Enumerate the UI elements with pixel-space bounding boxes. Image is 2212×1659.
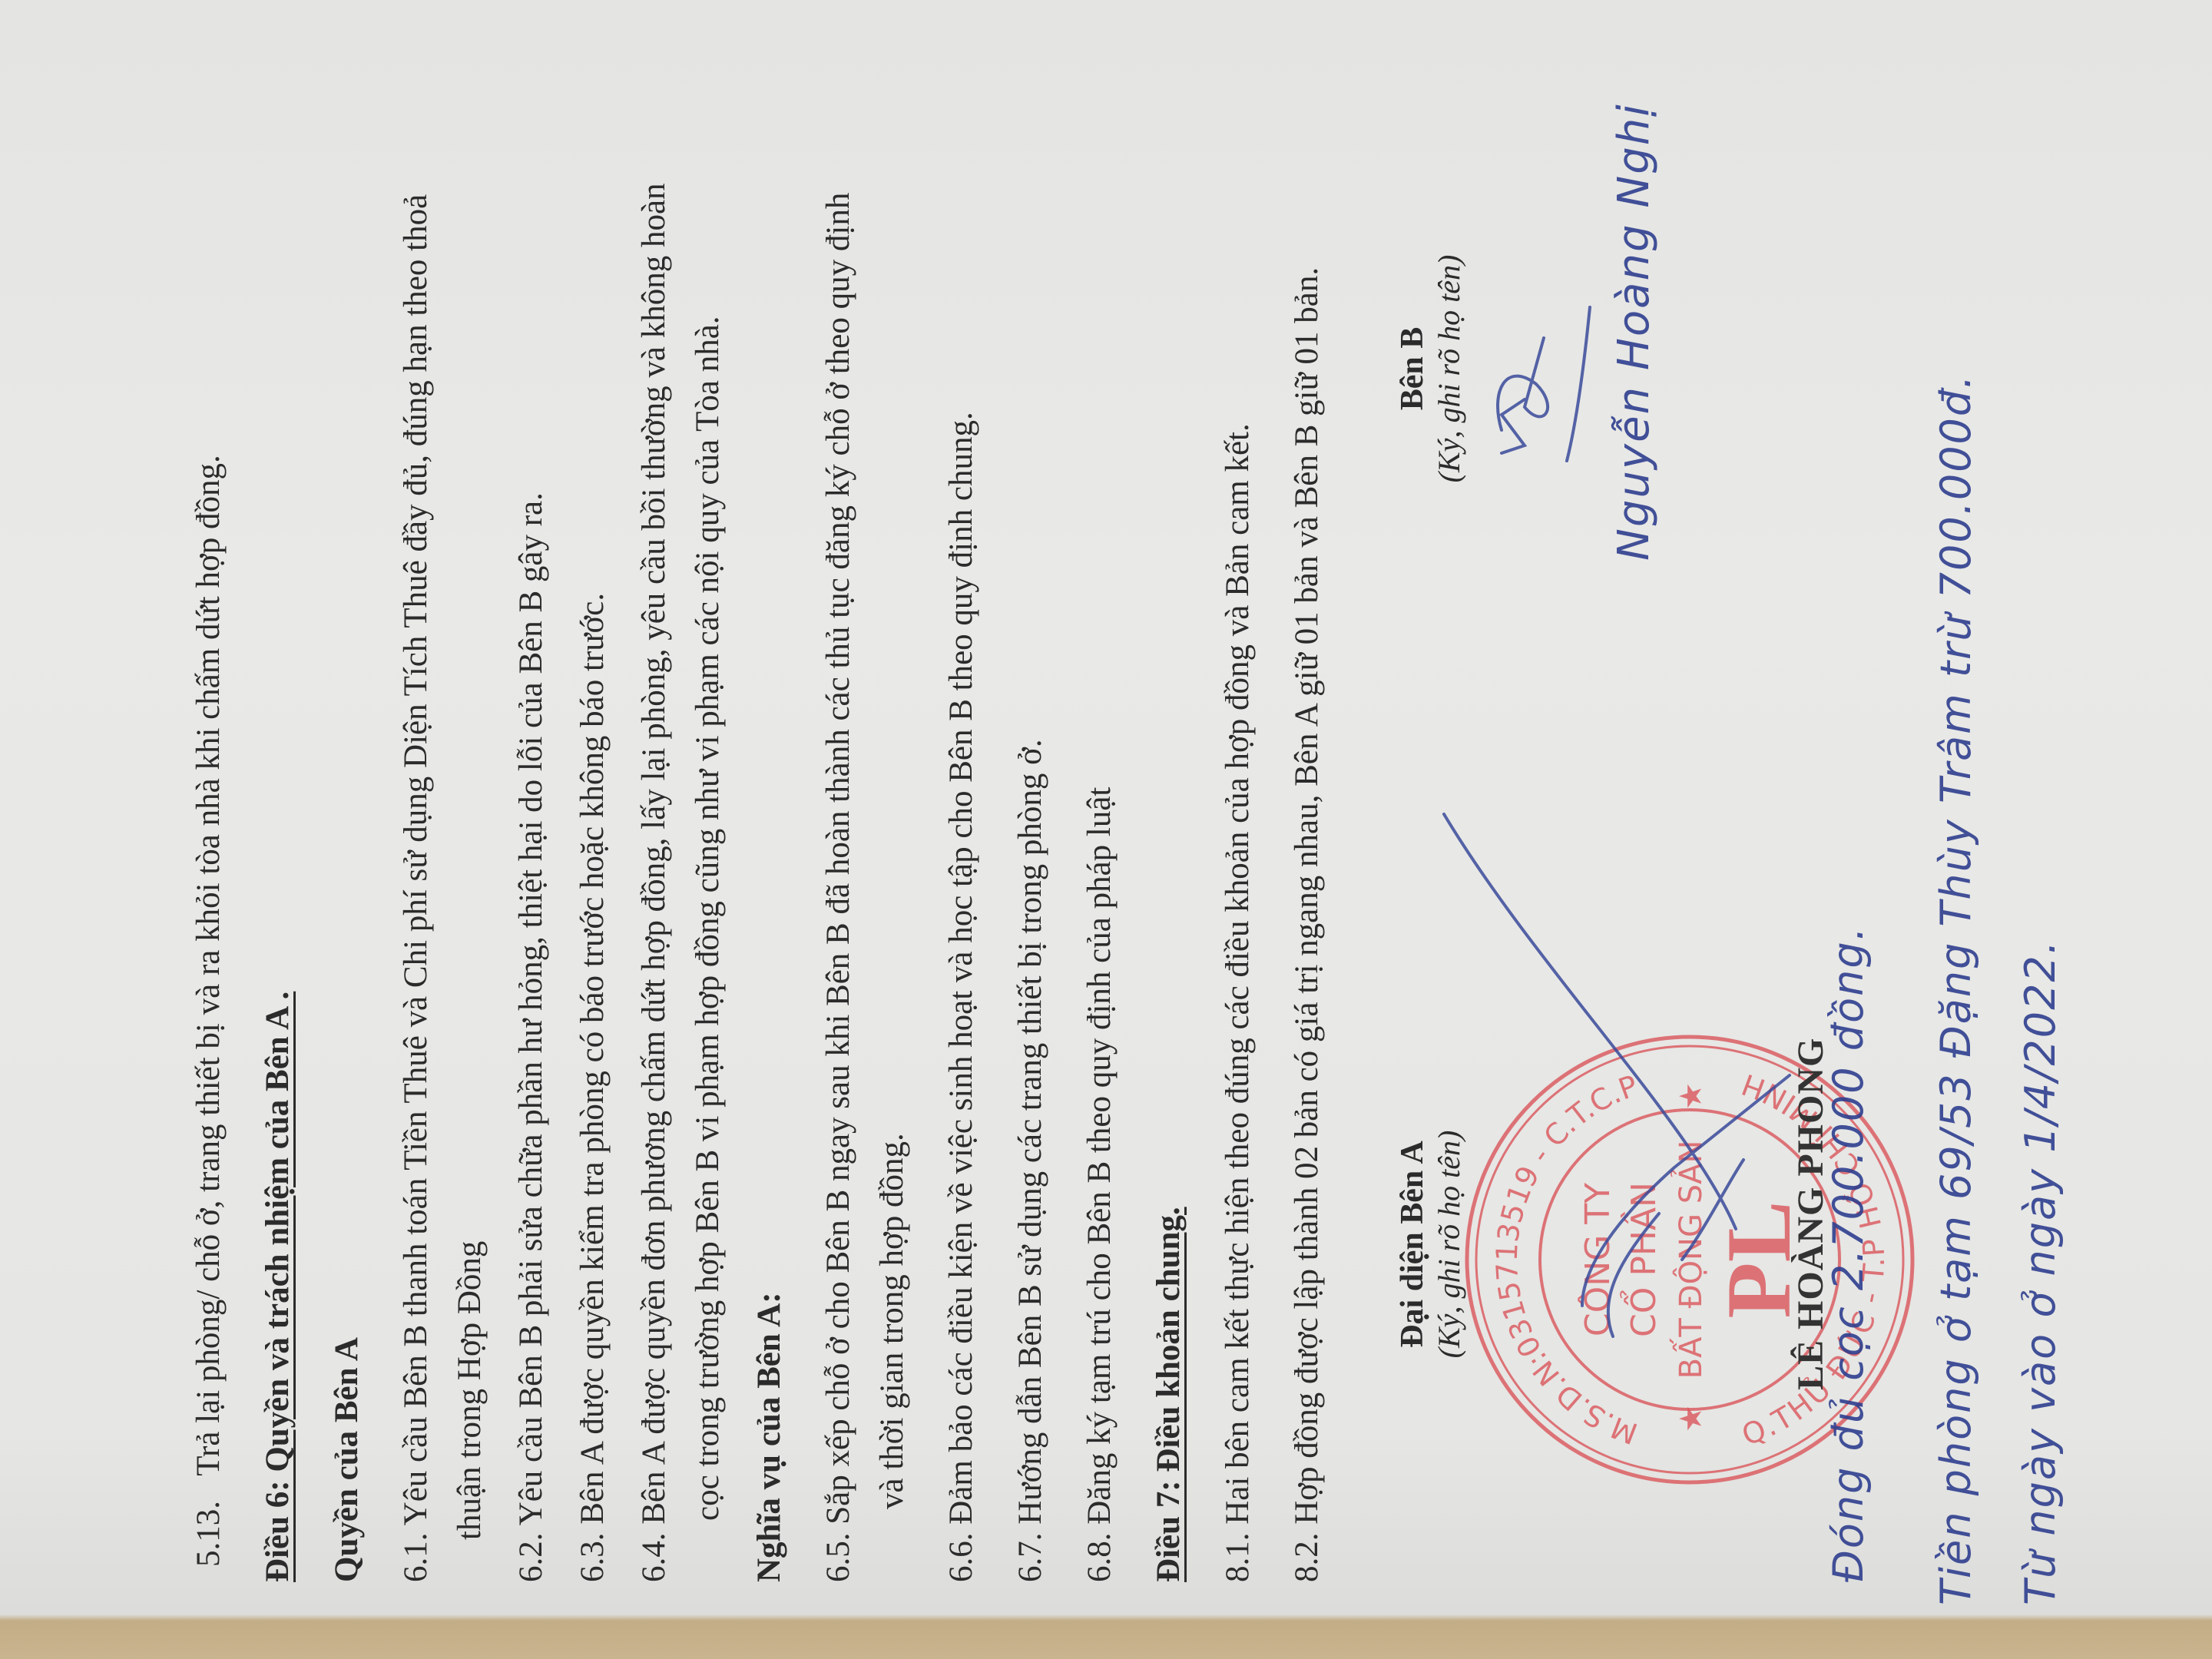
party-b-handwritten-name: Nguyễn Hoàng Nghị	[1609, 103, 1659, 561]
handwritten-note-rent: Tiền phòng ở tạm 69/53 Đặng Thùy Trâm tr…	[1932, 374, 1980, 1605]
scanned-contract-page: 5.13. Trả lại phòng/ chỗ ở, trang thiết …	[0, 0, 2212, 1659]
handwritten-note-deposit: Đóng đủ cọc 2.700.000 đồng.	[1824, 926, 1873, 1582]
party-b-signature-icon	[0, 0, 2212, 1659]
handwritten-note-start-date: Từ ngày vào ở ngày 1/4/2022.	[2016, 939, 2065, 1605]
